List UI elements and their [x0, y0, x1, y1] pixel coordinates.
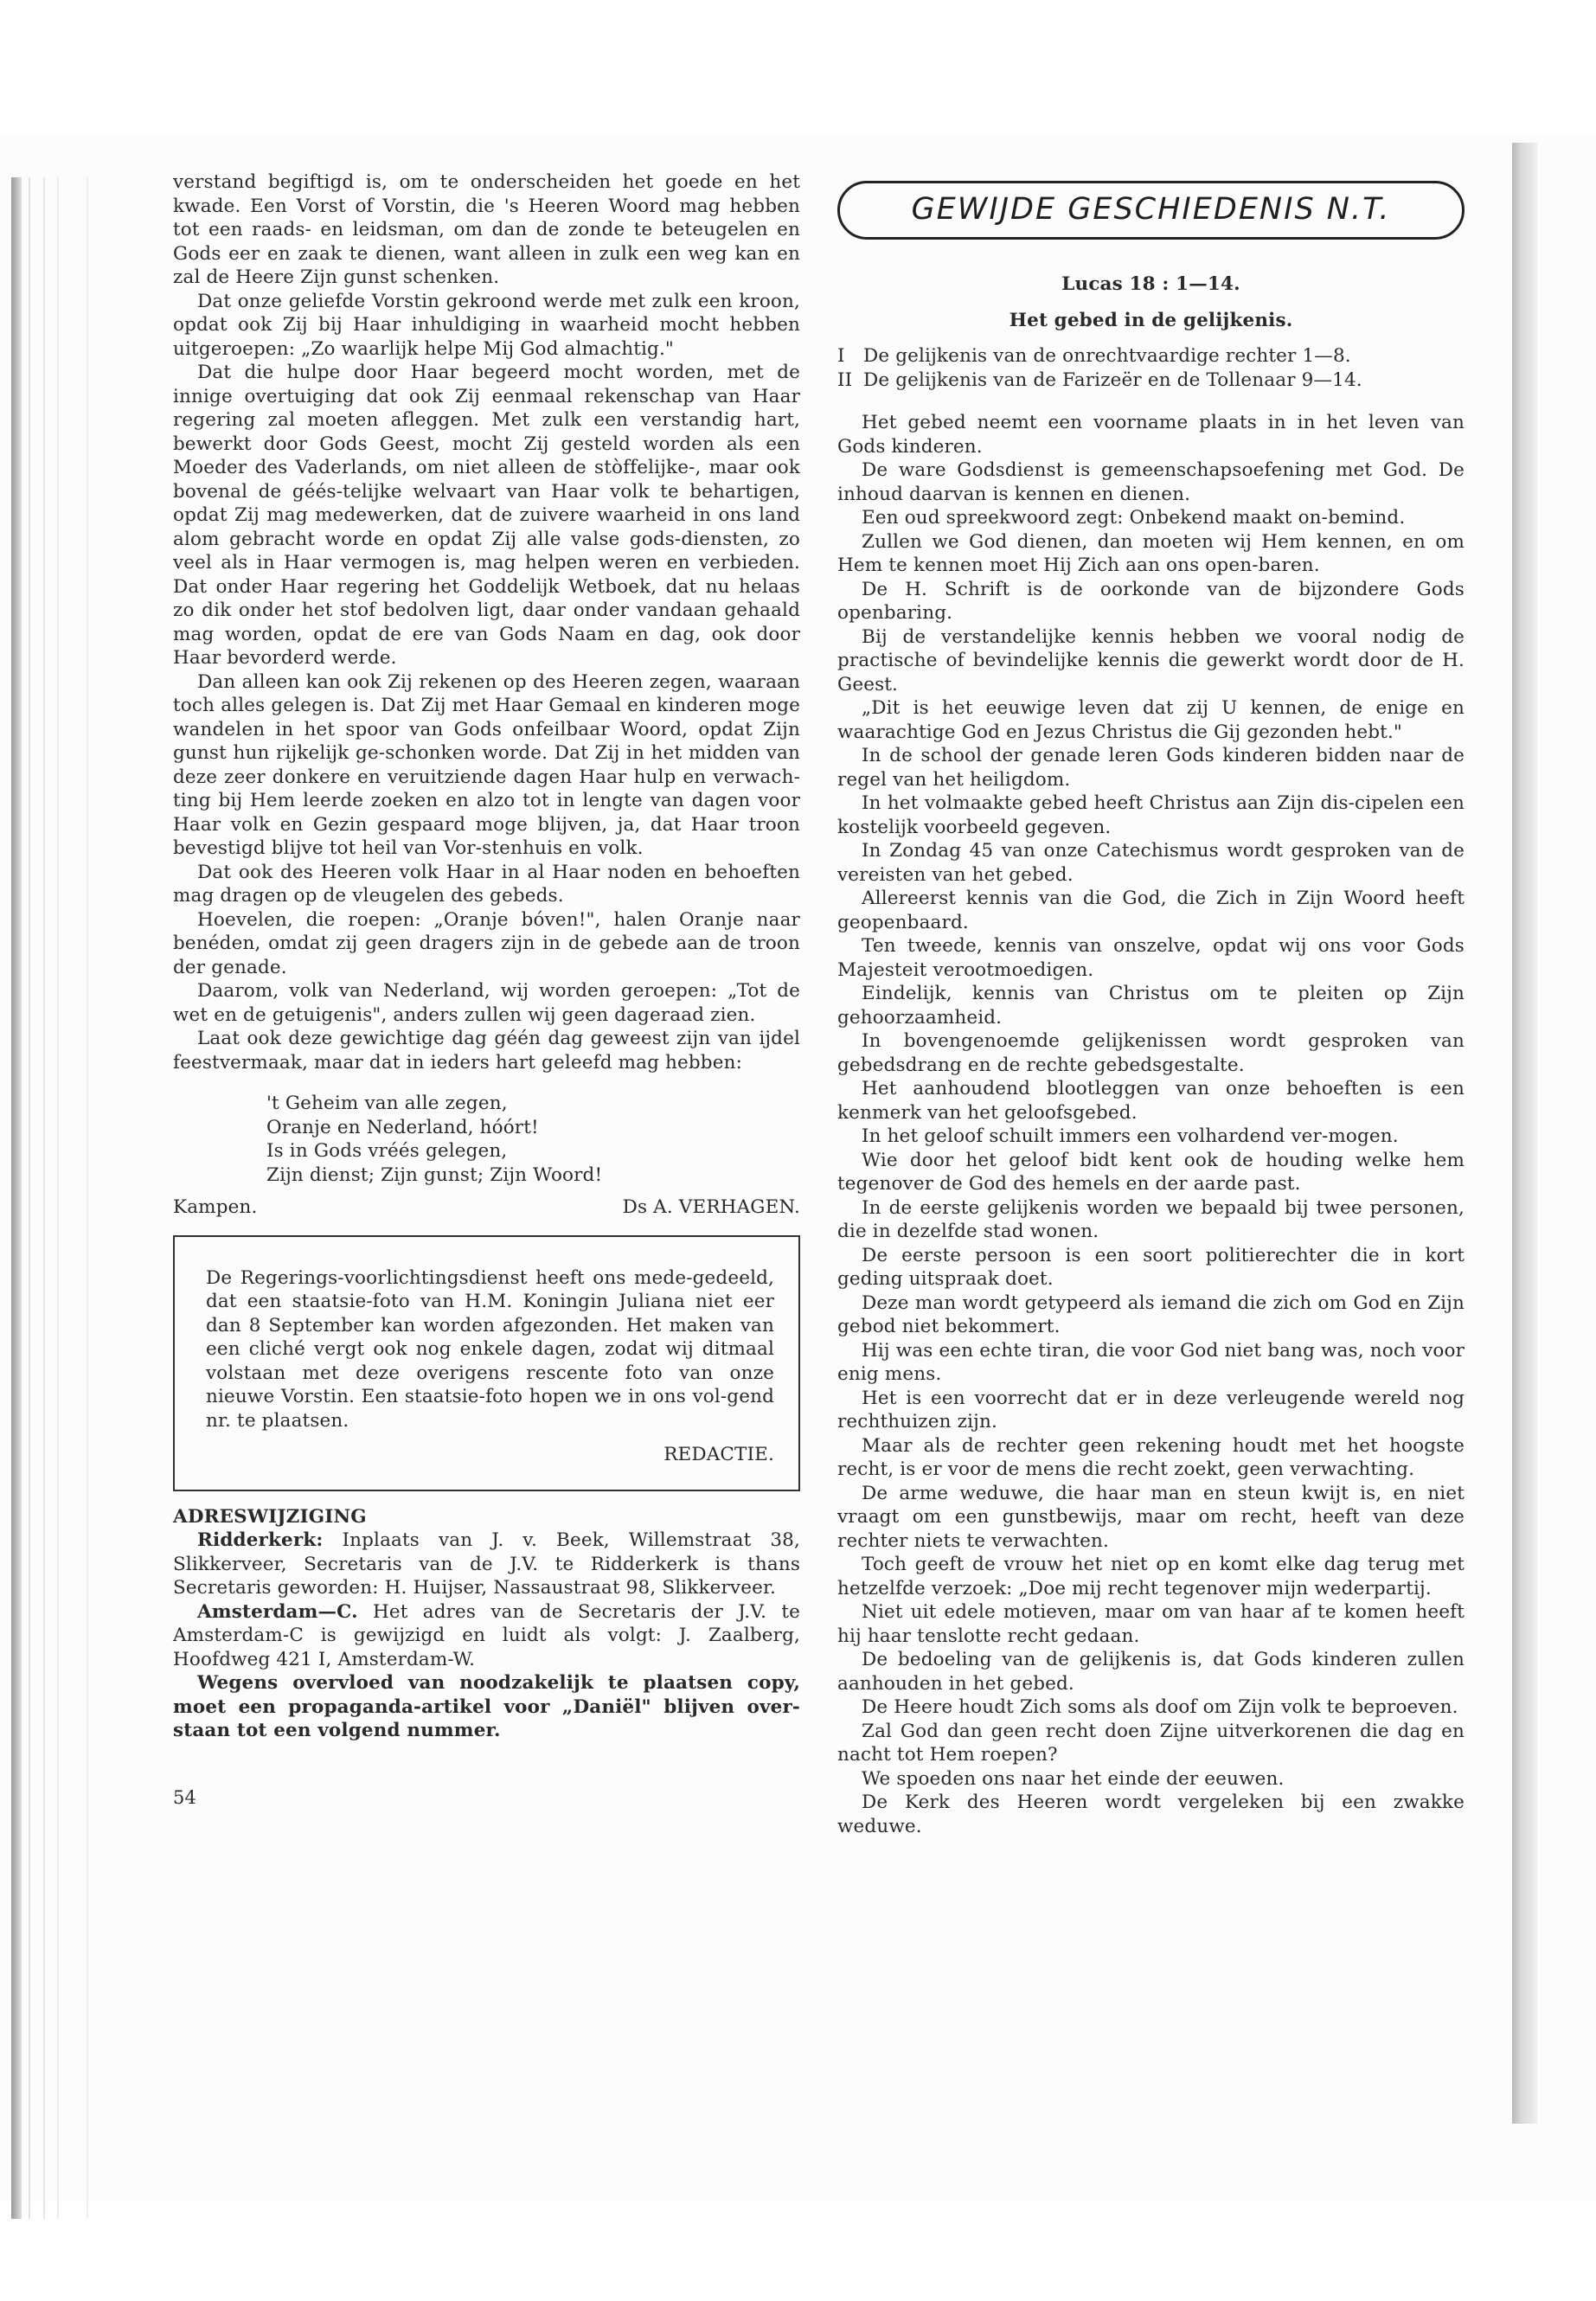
article-paragraph: Dan alleen kan ook Zij rekenen op des He… [173, 670, 800, 861]
lesson-paragraph: Een oud spreekwoord zegt: Onbekend maakt… [837, 506, 1465, 530]
notice-text: De Regerings-voorlichtingsdienst heeft o… [206, 1266, 774, 1433]
lesson-paragraph: De ware Godsdienst is gemeenschapsoefeni… [837, 458, 1465, 506]
article-paragraph: verstand begiftigd is, om te onderscheid… [173, 170, 800, 290]
lesson-paragraph: De Heere houdt Zich soms als doof om Zij… [837, 1695, 1465, 1720]
lesson-paragraph: De bedoeling van de gelijkenis is, dat G… [837, 1648, 1465, 1695]
outline-number: II [837, 369, 863, 393]
left-column: verstand begiftigd is, om te onderscheid… [173, 170, 800, 1810]
lesson-paragraph: We spoeden ons naar het einde der eeuwen… [837, 1767, 1465, 1791]
lesson-paragraph: De Kerk des Heeren wordt vergeleken bij … [837, 1791, 1465, 1838]
lesson-paragraph: De arme weduwe, die haar man en steun kw… [837, 1482, 1465, 1554]
lesson-paragraph: In de eerste gelijkenis worden we bepaal… [837, 1196, 1465, 1244]
address-entry: Ridderkerk: Inplaats van J. v. Beek, Wil… [173, 1529, 800, 1600]
rubric-title: GEWIJDE GESCHIEDENIS N.T. [912, 198, 1391, 222]
page-binding-shadow-left [11, 177, 22, 2219]
poem-line: Zijn dienst; Zijn gunst; Zijn Woord! [266, 1163, 800, 1188]
lesson-paragraph: In de school der genade leren Gods kinde… [837, 744, 1465, 792]
poem-line: Oranje en Nederland, hóórt! [266, 1116, 800, 1140]
outline-text: De gelijkenis van de Farizeër en de Toll… [863, 369, 1362, 393]
page-edge-line [29, 177, 30, 2219]
article-paragraph: Dat ook des Heeren volk Haar in al Haar … [173, 861, 800, 908]
lesson-paragraph: Wie door het geloof bidt kent ook de hou… [837, 1149, 1465, 1196]
outline-text: De gelijkenis van de onrechtvaardige rec… [863, 344, 1351, 369]
address-entry-place: Amsterdam—C. [197, 1601, 358, 1623]
article-paragraph: Dat onze geliefde Vorstin gekroond werde… [173, 290, 800, 362]
lesson-paragraph: De eerste persoon is een soort politiere… [837, 1244, 1465, 1292]
address-change-heading: ADRESWIJZIGING [173, 1505, 800, 1529]
address-entry-place: Ridderkerk: [197, 1529, 324, 1551]
scripture-reference: Lucas 18 : 1—14. [837, 272, 1465, 297]
lesson-paragraph: Niet uit edele motieven, maar om van haa… [837, 1600, 1465, 1648]
lesson-paragraph: Toch geeft de vrouw het niet op en komt … [837, 1553, 1465, 1600]
page-number: 54 [173, 1786, 800, 1811]
address-entry: Amsterdam—C. Het adres van de Secretaris… [173, 1600, 800, 1672]
lesson-paragraph: Het aanhoudend blootleggen van onze beho… [837, 1077, 1465, 1125]
poem-line: Is in Gods vréés gelegen, [266, 1139, 800, 1163]
article-paragraph: Dat die hulpe door Haar begeerd mocht wo… [173, 361, 800, 670]
editorial-notice-box: De Regerings-voorlichtingsdienst heeft o… [173, 1235, 800, 1491]
poem-stanza: 't Geheim van alle zegen, Oranje en Nede… [266, 1092, 800, 1187]
page-edge-line [87, 177, 88, 2219]
outline-item: I De gelijkenis van de onrechtvaardige r… [837, 344, 1465, 369]
lesson-paragraph: Zal God dan geen recht doen Zijne uitver… [837, 1720, 1465, 1767]
lesson-paragraph: Ten tweede, kennis van onszelve, opdat w… [837, 934, 1465, 982]
article-signature: Kampen. Ds A. VERHAGEN. [173, 1195, 800, 1220]
lesson-paragraph: De H. Schrift is de oorkonde van de bijz… [837, 578, 1465, 625]
outline-item: II De gelijkenis van de Farizeër en de T… [837, 369, 1465, 393]
lesson-paragraph: Hij was een echte tiran, die voor God ni… [837, 1339, 1465, 1387]
article-paragraph: Hoevelen, die roepen: „Oranje bóven!", h… [173, 908, 800, 980]
lesson-paragraph: Zullen we God dienen, dan moeten wij Hem… [837, 530, 1465, 578]
page-edge-line [57, 177, 59, 2219]
lesson-paragraph: „Dit is het eeuwige leven dat zij U kenn… [837, 696, 1465, 744]
right-column: GEWIJDE GESCHIEDENIS N.T. Lucas 18 : 1—1… [837, 170, 1465, 1838]
outline-number: I [837, 344, 863, 369]
lesson-paragraph: Deze man wordt getypeerd als iemand die … [837, 1292, 1465, 1339]
poem-line: 't Geheim van alle zegen, [266, 1092, 800, 1116]
lesson-paragraph: In Zondag 45 van onze Catechismus wordt … [837, 839, 1465, 887]
lesson-paragraph: Bij de verstandelijke kennis hebben we v… [837, 625, 1465, 697]
lesson-paragraph: Allereerst kennis van die God, die Zich … [837, 887, 1465, 934]
article-paragraph: Daarom, volk van Nederland, wij worden g… [173, 979, 800, 1027]
lesson-paragraph: Eindelijk, kennis van Christus om te ple… [837, 982, 1465, 1029]
lesson-subtitle: Het gebed in de gelijkenis. [837, 309, 1465, 333]
page-binding-shadow-right [1512, 143, 1538, 2124]
lesson-outline: I De gelijkenis van de onrechtvaardige r… [837, 344, 1465, 392]
article-paragraph: Laat ook deze gewichtige dag géén dag ge… [173, 1027, 800, 1074]
closing-note: Wegens overvloed van noodzakelijk te pla… [173, 1671, 800, 1743]
signature-author: Ds A. VERHAGEN. [623, 1195, 800, 1220]
lesson-paragraph: In bovengenoemde gelijkenissen wordt ges… [837, 1029, 1465, 1077]
lesson-paragraph: In het geloof schuilt immers een volhard… [837, 1125, 1465, 1149]
page-edge-line [43, 177, 45, 2219]
lesson-paragraph: In het volmaakte gebed heeft Christus aa… [837, 792, 1465, 839]
rubric-header-box: GEWIJDE GESCHIEDENIS N.T. [837, 181, 1465, 240]
lesson-paragraph: Maar als de rechter geen rekening houdt … [837, 1434, 1465, 1482]
lesson-paragraph: Het gebed neemt een voorname plaats in i… [837, 411, 1465, 458]
lesson-paragraph: Het is een voorrecht dat er in deze verl… [837, 1387, 1465, 1434]
signature-place: Kampen. [173, 1195, 258, 1220]
notice-signature: REDACTIE. [206, 1443, 774, 1467]
